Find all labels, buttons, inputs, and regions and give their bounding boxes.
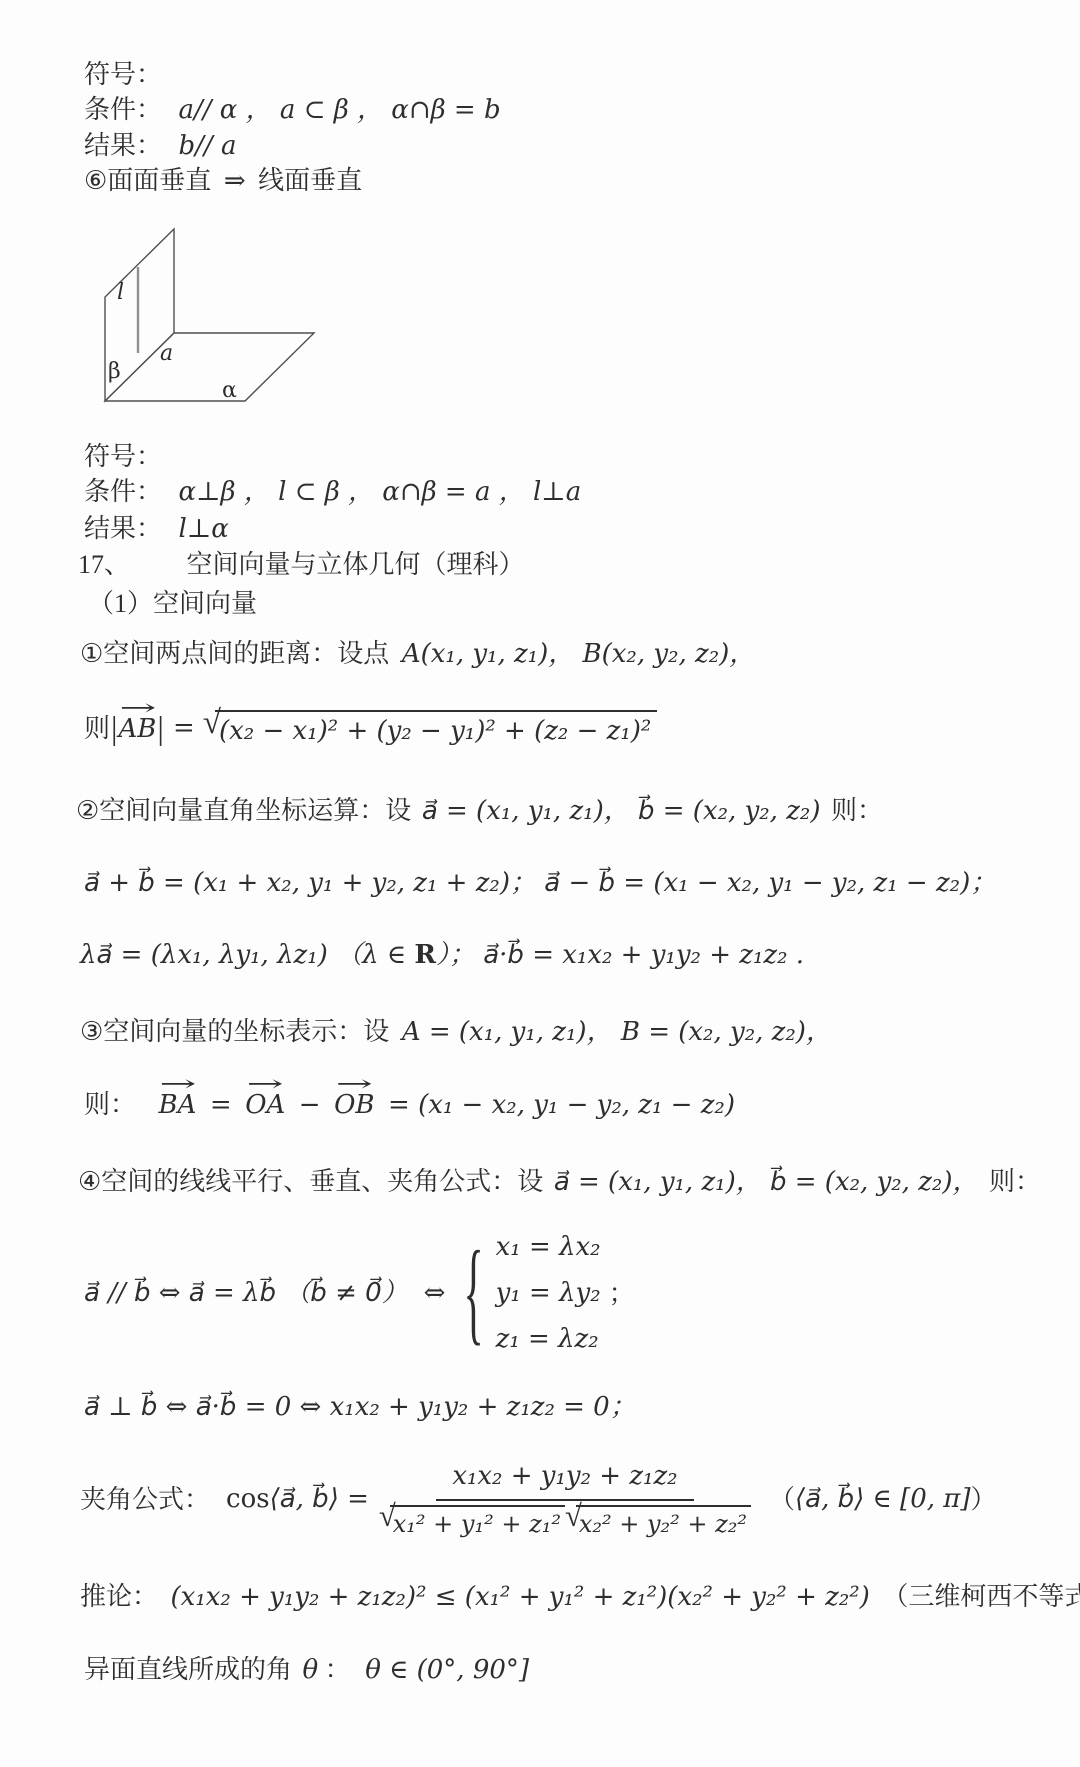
formula1-intro-math: A(x₁, y₁, z₁)， B(x₂, y₂, z₂)， xyxy=(402,639,755,669)
scalar-math-post: ）； a⃗·b⃗ = x₁x₂ + y₁y₂ + z₁z₂ . xyxy=(436,940,804,970)
formula1-intro: ①空间两点间的距离：设点 A(x₁, y₁, z₁)， B(x₂, y₂, z₂… xyxy=(80,637,755,672)
colon: ： xyxy=(325,1655,351,1684)
radicand: (x₂ − x₁)² + (y₂ − y₁)² + (z₂ − z₁)² xyxy=(215,710,657,749)
result-label: 结果： xyxy=(84,131,162,160)
vector-OA: OA xyxy=(245,1087,285,1123)
plane-alpha-outline xyxy=(105,333,314,401)
section-heading: 17、 空间向量与立体几何（理科） xyxy=(78,548,525,582)
denominator-sqrt-1: √ x₁² + y₁² + z₁² xyxy=(379,1505,565,1540)
equation-system: { x₁ = λx₂ y₁ = λy₂ z₁ = λz₂ xyxy=(461,1231,600,1356)
system-row-x: x₁ = λx₂ xyxy=(496,1231,601,1265)
formula1-intro-cn: ①空间两点间的距离：设点 xyxy=(80,639,389,668)
diagram-label-l: l xyxy=(117,280,124,305)
diagram-label-a: a xyxy=(160,341,173,366)
diagram-label-beta: β xyxy=(108,359,121,384)
formula-distance: 则 | AB | = √ (x₂ − x₁)² + (y₂ − y₁)² + (… xyxy=(84,700,657,758)
difference-result: = (x₁ − x₂, y₁ − y₂, z₁ − z₂) xyxy=(388,1090,735,1120)
condition-label: 条件： xyxy=(84,95,162,124)
semicolon: ； xyxy=(609,1277,635,1311)
symbol-label: 符号： xyxy=(84,442,162,471)
vector-OB: OB xyxy=(334,1087,374,1123)
angle-range-math: ⟨a⃗, b⃗⟩ ∈ [0, π] xyxy=(795,1483,970,1517)
radical-sign: √ xyxy=(203,706,221,739)
section-number: 17、 xyxy=(78,550,130,579)
formula2-intro-math: a⃗ = (x₁, y₁, z₁)， b⃗ = (x₂, y₂, z₂) xyxy=(422,796,821,826)
symbol-label: 符号： xyxy=(84,60,162,89)
formula-scalar-dot: λa⃗ = (λx₁, λy₁, λz₁) （λ ∈ R）； a⃗·b⃗ = x… xyxy=(80,938,804,973)
corollary-note: （三维柯西不等式） xyxy=(882,1582,1080,1611)
angle-lhs: ⟨a⃗, b⃗⟩ = xyxy=(270,1483,369,1517)
formula-parallel-condition: a⃗ // b⃗ ⇔ a⃗ = λb⃗ （b⃗ ≠ 0⃗） ⇔ { x₁ = λ… xyxy=(84,1232,635,1356)
fraction-denominator: √ x₁² + y₁² + z₁² √ x₂² + y₂² + z₂² xyxy=(379,1501,751,1540)
result-line-1: 结果： b// a xyxy=(84,129,236,164)
result-math: l⊥α xyxy=(179,514,229,544)
perpendicular-planes-diagram: l β a α xyxy=(95,195,335,413)
vector-BA: BA xyxy=(159,1087,197,1123)
condition-math: α⊥β ， l ⊂ β ， α∩β = a ， l⊥a xyxy=(179,477,582,507)
reals-symbol: R xyxy=(414,940,436,970)
vector-AB: AB xyxy=(119,711,157,747)
radical-sign: √ xyxy=(379,1501,396,1532)
formula-corollary: 推论： (x₁x₂ + y₁y₂ + z₁z₂)² ≤ (x₁² + y₁² +… xyxy=(80,1580,1080,1615)
item6-post: 线面垂直 xyxy=(258,166,362,195)
formula2-intro-tail: 则： xyxy=(831,796,883,825)
range-close-paren: ） xyxy=(971,1483,997,1517)
section-title: 空间向量与立体几何（理科） xyxy=(187,550,525,579)
perpendicular-math: a⃗ ⊥ b⃗ ⇔ a⃗·b⃗ = 0 ⇔ x₁x₂ + y₁y₂ + z₁z₂… xyxy=(84,1392,636,1422)
result-line-2: 结果： l⊥α xyxy=(84,512,229,547)
system-row-z: z₁ = λz₂ xyxy=(496,1323,601,1357)
formula2-intro-cn: ②空间向量直角坐标运算：设 xyxy=(76,796,411,825)
formula3-intro-cn: ③空间向量的坐标表示：设 xyxy=(80,1017,389,1046)
formula-vector-difference: 则： BA = OA − OB = (x₁ − x₂, y₁ − y₂, z₁ … xyxy=(84,1087,735,1123)
corollary-label: 推论： xyxy=(80,1582,158,1611)
fraction-numerator: x₁x₂ + y₁y₂ + z₁z₂ xyxy=(436,1460,693,1501)
add-subtract-math: a⃗ + b⃗ = (x₁ + x₂, y₁ + y₂, z₁ + z₂)； a… xyxy=(84,868,996,898)
result-label: 结果： xyxy=(84,514,162,543)
subsection-title: （1）空间向量 xyxy=(88,589,257,618)
system-row-y: y₁ = λy₂ xyxy=(496,1277,601,1311)
formula4-intro-tail: 则： xyxy=(989,1167,1041,1196)
then-label: 则： xyxy=(84,1090,136,1119)
item6-line: ⑥面面垂直 ⇒ 线面垂直 xyxy=(84,164,362,199)
formula4-intro-cn: ④空间的线线平行、垂直、夹角公式：设 xyxy=(78,1167,543,1196)
result-math: b// a xyxy=(179,131,237,161)
skew-lines-label: 异面直线所成的角 xyxy=(84,1655,292,1684)
formula2-intro: ②空间向量直角坐标运算：设 a⃗ = (x₁, y₁, z₁)， b⃗ = (x… xyxy=(76,794,883,829)
system-brace: { xyxy=(463,1236,483,1352)
radicand: x₂² + y₂² + z₂² xyxy=(576,1505,751,1540)
theta-range-math: θ ∈ (0°, 90°] xyxy=(365,1655,529,1685)
formula-add-subtract: a⃗ + b⃗ = (x₁ + x₂, y₁ + y₂, z₁ + z₂)； a… xyxy=(84,866,996,901)
equals-sign: = xyxy=(173,712,195,746)
skew-lines-angle-line: 异面直线所成的角 θ ： θ ∈ (0°, 90°] xyxy=(84,1653,529,1688)
denominator-sqrt-2: √ x₂² + y₂² + z₂² xyxy=(565,1505,751,1540)
symbol-line-1: 符号： xyxy=(84,58,162,92)
formula-angle: 夹角公式： cos ⟨a⃗, b⃗⟩ = x₁x₂ + y₁y₂ + z₁z₂ … xyxy=(80,1452,997,1548)
formula4-intro-math: a⃗ = (x₁, y₁, z₁)， b⃗ = (x₂, y₂, z₂)， xyxy=(554,1167,979,1197)
formula-perpendicular-condition: a⃗ ⊥ b⃗ ⇔ a⃗·b⃗ = 0 ⇔ x₁x₂ + y₁y₂ + z₁z₂… xyxy=(84,1390,636,1425)
subsection-heading: （1）空间向量 xyxy=(88,587,257,621)
system-rows: x₁ = λx₂ y₁ = λy₂ z₁ = λz₂ xyxy=(496,1231,601,1356)
diagram-label-alpha: α xyxy=(222,378,237,403)
corollary-math: (x₁x₂ + y₁y₂ + z₁z₂)² ≤ (x₁² + y₁² + z₁²… xyxy=(171,1582,870,1612)
cos-function: cos xyxy=(226,1483,270,1517)
formula4-intro: ④空间的线线平行、垂直、夹角公式：设 a⃗ = (x₁, y₁, z₁)， b⃗… xyxy=(78,1165,1041,1200)
theta-symbol: θ xyxy=(303,1655,319,1685)
condition-line-2: 条件： α⊥β ， l ⊂ β ， α∩β = a ， l⊥a xyxy=(84,475,581,510)
condition-math: a// α ， a ⊂ β ， α∩β = b xyxy=(179,95,501,125)
scalar-math-pre: λa⃗ = (λx₁, λy₁, λz₁) （λ ∈ xyxy=(80,940,414,970)
angle-formula-label: 夹角公式： xyxy=(80,1483,210,1517)
square-root: √ (x₂ − x₁)² + (y₂ − y₁)² + (z₂ − z₁)² xyxy=(203,710,658,749)
parallel-lhs: a⃗ // b⃗ ⇔ a⃗ = λb⃗ （b⃗ ≠ 0⃗） xyxy=(84,1277,408,1311)
fraction: x₁x₂ + y₁y₂ + z₁z₂ √ x₁² + y₁² + z₁² √ x… xyxy=(379,1460,751,1540)
implies-arrow: ⇒ xyxy=(224,166,246,196)
math-notes-page: 符号： 条件： a// α ， a ⊂ β ， α∩β = b 结果： b// … xyxy=(0,0,1080,1767)
item6-pre: ⑥面面垂直 xyxy=(84,166,211,195)
symbol-line-2: 符号： xyxy=(84,440,162,474)
radical-sign: √ xyxy=(565,1501,582,1532)
condition-label: 条件： xyxy=(84,477,162,506)
formula3-intro: ③空间向量的坐标表示：设 A = (x₁, y₁, z₁)， B = (x₂, … xyxy=(80,1015,832,1050)
formula3-intro-math: A = (x₁, y₁, z₁)， B = (x₂, y₂, z₂)， xyxy=(402,1017,832,1047)
condition-line-1: 条件： a// α ， a ⊂ β ， α∩β = b xyxy=(84,93,501,128)
radicand: x₁² + y₁² + z₁² xyxy=(390,1505,565,1540)
range-open-paren: （ xyxy=(769,1483,795,1517)
iff-arrow: ⇔ xyxy=(424,1277,446,1311)
